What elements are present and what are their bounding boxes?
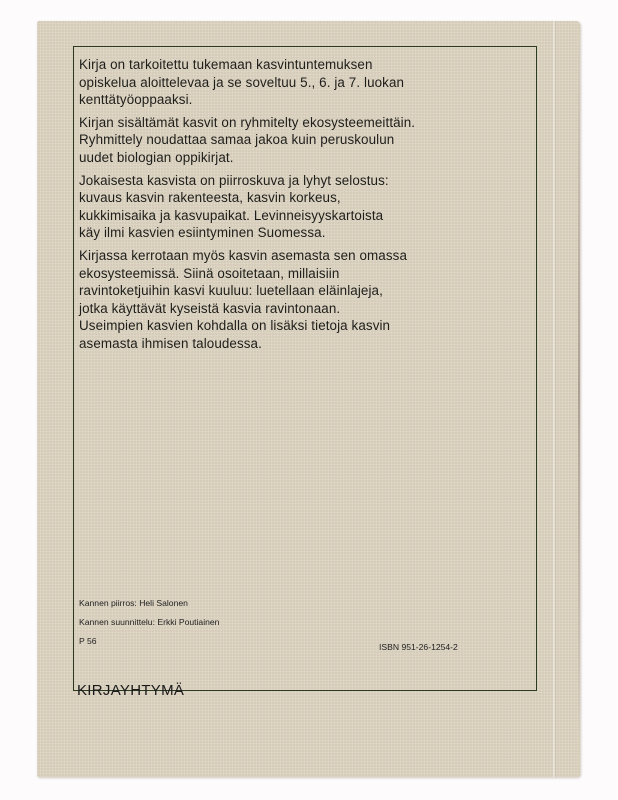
cover-design-credit: Kannen suunnittelu: Erkki Poutiainen (79, 613, 219, 632)
credits-block: Kannen piirros: Heli Salonen Kannen suun… (79, 594, 219, 651)
blurb-paragraph: Kirja on tarkoitettu tukemaan kasvintunt… (79, 56, 479, 109)
publisher-name: KIRJAYHTYMÄ (77, 682, 184, 699)
blurb-paragraph: Kirjan sisältämät kasvit on ryhmitelty e… (79, 114, 479, 167)
catalog-code: P 56 (79, 632, 219, 651)
cover-crease (553, 21, 555, 777)
blurb-paragraph: Kirjassa kerrotaan myös kasvin asemasta … (79, 247, 479, 317)
cover-illustration-credit: Kannen piirros: Heli Salonen (79, 594, 219, 613)
blurb-paragraph: Jokaisesta kasvista on piirroskuva ja ly… (79, 172, 479, 242)
isbn-number: ISBN 951-26-1254-2 (379, 642, 458, 652)
spine-edge (578, 41, 580, 741)
blurb-paragraph: Useimpien kasvien kohdalla on lisäksi ti… (79, 317, 479, 352)
blurb-text: Kirja on tarkoitettu tukemaan kasvintunt… (79, 56, 479, 353)
